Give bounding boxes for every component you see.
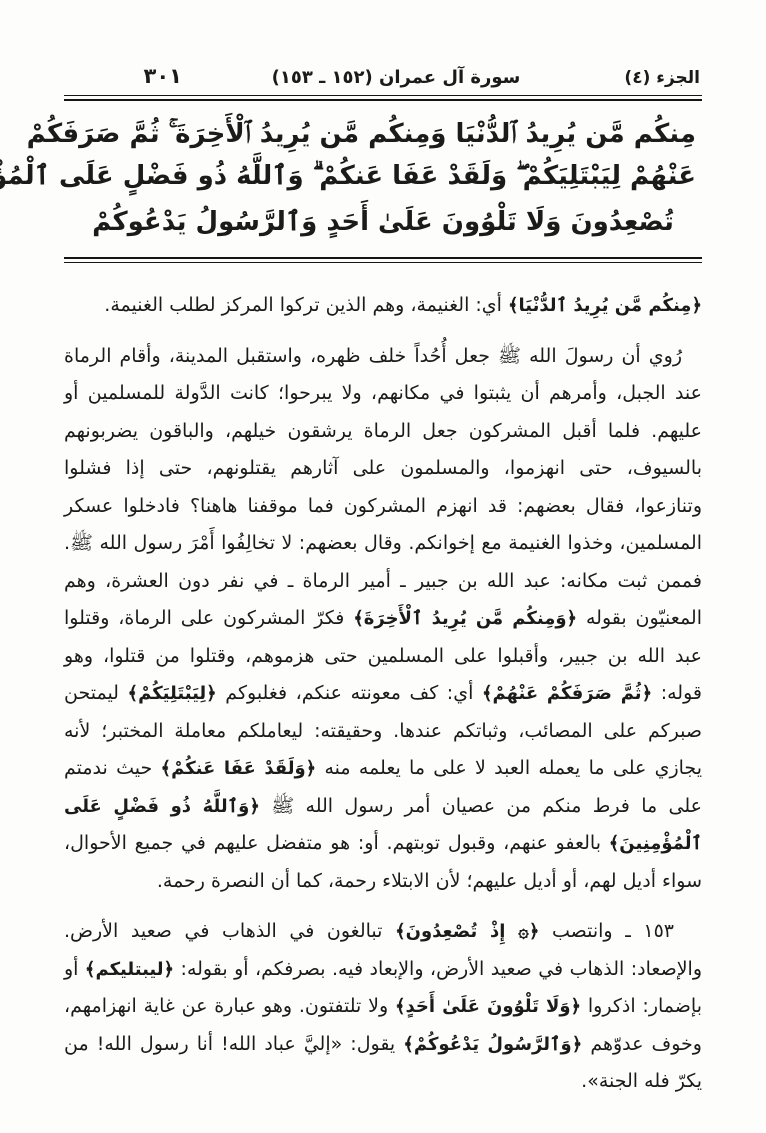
commentary-body: ﴿مِنكُم مَّن يُرِيدُ ٱلدُّنْيَا﴾ أي: الغ… bbox=[64, 263, 702, 1101]
text-run: تُصْعِدُونَ وَلَا تَلْوُونَ عَلَىٰ أَحَد… bbox=[92, 207, 674, 237]
commentary-paragraph: ﴿مِنكُم مَّن يُرِيدُ ٱلدُّنْيَا﴾ أي: الغ… bbox=[64, 287, 702, 325]
quran-quote: ﴿مِنكُم مَّن يُرِيدُ ٱلدُّنْيَا﴾ bbox=[508, 295, 702, 316]
quran-quote: ﴿۞ إِذْ تُصْعِدُونَ﴾ bbox=[395, 921, 539, 942]
quran-quote: ﴿ثُمَّ صَرَفَكُمْ عَنْهُمْ﴾ bbox=[482, 683, 652, 704]
quran-quote: ﴿لِيَبْتَلِيَكُمْ﴾ bbox=[128, 683, 217, 704]
quran-verse-block: مِنكُم مَّن يُرِيدُ ٱلدُّنْيَا وَمِنكُم … bbox=[64, 101, 702, 253]
verse-line: مِنكُم مَّن يُرِيدُ ٱلدُّنْيَا وَمِنكُم … bbox=[70, 113, 696, 155]
verse-line: عَنْهُمْ لِيَبْتَلِيَكُمْ ۖ وَلَقَدْ عَف… bbox=[70, 155, 696, 201]
text-run: ١٥٣ ـ وانتصب bbox=[539, 920, 674, 942]
text-run: أي: كف معونته عنكم، فغلبوكم bbox=[217, 682, 482, 704]
commentary-paragraph: ١٥٣ ـ وانتصب ﴿۞ إِذْ تُصْعِدُونَ﴾ تبالغو… bbox=[64, 913, 702, 1101]
juz-label: الجزء (٤) bbox=[610, 68, 700, 88]
commentary-paragraph: رُوي أن رسولَ الله ﷺ جعل أُحُداً خلف ظهر… bbox=[64, 338, 702, 901]
book-page: الجزء (٤) سورة آل عمران (١٥٢ ـ ١٥٣) ٣٠١ … bbox=[0, 0, 766, 1133]
surah-title: سورة آل عمران (١٥٢ ـ ١٥٣) bbox=[182, 67, 610, 88]
text-run: رُوي أن رسولَ الله ﷺ جعل أُحُداً خلف ظهر… bbox=[64, 345, 702, 630]
quran-quote: ﴿ليبتليكم﴾ bbox=[85, 959, 174, 980]
quran-quote: ﴿وَمِنكُم مَّن يُرِيدُ ٱلْأَخِرَةَ﴾ bbox=[353, 608, 577, 629]
quran-quote: ﴿وَلَا تَلْوُونَ عَلَىٰ أَحَدٍ﴾ bbox=[395, 996, 581, 1017]
quran-quote: ﴿وَلَقَدْ عَفَا عَنكُمْ﴾ bbox=[161, 758, 317, 779]
page-number: ٣٠١ bbox=[66, 64, 182, 88]
text-run: بالعفو عنهم، وقبول توبتهم. أو: هو متفضل … bbox=[64, 832, 702, 892]
page-header: الجزء (٤) سورة آل عمران (١٥٢ ـ ١٥٣) ٣٠١ bbox=[64, 64, 702, 88]
text-run: أي: الغنيمة، وهم الذين تركوا المركز لطلب… bbox=[104, 294, 508, 316]
quran-quote: ﴿وَٱلرَّسُولُ يَدْعُوكُمْ﴾ bbox=[403, 1034, 582, 1055]
text-run: عَنْهُمْ لِيَبْتَلِيَكُمْ ۖ وَلَقَدْ عَف… bbox=[0, 161, 696, 191]
text-run: مِنكُم مَّن يُرِيدُ ٱلدُّنْيَا وَمِنكُم … bbox=[27, 119, 696, 149]
verse-line: تُصْعِدُونَ وَلَا تَلْوُونَ عَلَىٰ أَحَد… bbox=[70, 201, 696, 243]
